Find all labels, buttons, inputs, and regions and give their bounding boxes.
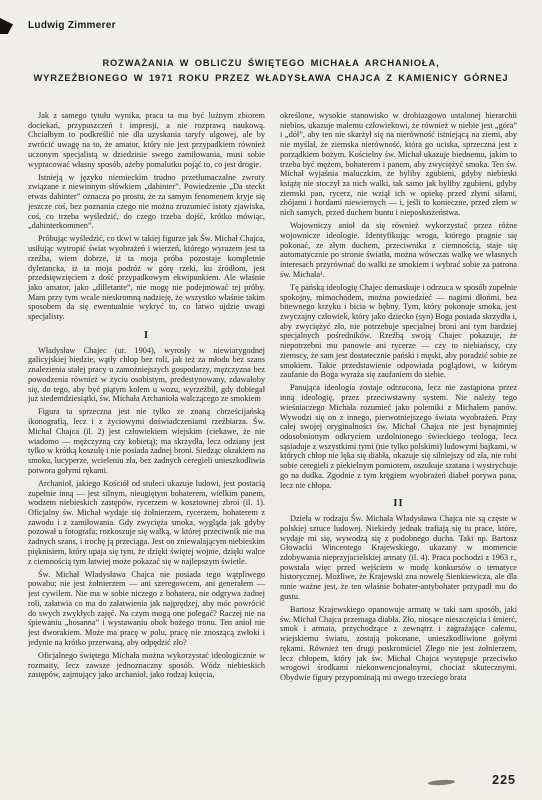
paragraph: Św. Michał Władysława Chajca nie posiada… (28, 570, 265, 648)
paragraph: Tę pańską ideologię Chajec demaskuje i o… (280, 283, 517, 380)
article-body: Jak z samego tytułu wynika, praca ta ma … (28, 111, 517, 779)
author-name: Ludwig Zimmerer (28, 20, 116, 31)
article-title-line2: WYRZEŹBIONEGO W 1971 ROKU PRZEZ WŁADYSŁA… (10, 71, 532, 86)
paragraph: określone, wysokie stanowisko w drobiazg… (280, 111, 517, 218)
scan-artifact-icon (0, 18, 13, 34)
scanned-article-page: Ludwig Zimmerer ROZWAŻANIA W OBLICZU ŚWI… (0, 0, 542, 800)
scan-smudge (428, 779, 455, 786)
paragraph: Oficjalnego świętego Michała można wykor… (28, 651, 265, 680)
paragraph: Istnieją w języku niemieckim trudno prze… (28, 173, 265, 231)
paragraph: Panująca ideologia zostaje odrzucona, le… (280, 383, 517, 490)
section-heading-2: II (280, 498, 517, 509)
article-title-line1: ROZWAŻANIA W OBLICZU ŚWIĘTEGO MICHAŁA AR… (10, 56, 532, 71)
paragraph: Wojowniczy anioł da się również wykorzys… (280, 221, 517, 279)
section-heading-1: I (28, 330, 265, 341)
paragraph: Władysław Chajec (ur. 1904), wyrosły w n… (28, 346, 265, 404)
paragraph: Jak z samego tytułu wynika, praca ta ma … (28, 111, 265, 169)
paragraph: Próbując wyśledzić, co tkwi w takiej fig… (28, 234, 265, 321)
paragraph: Bartosz Krajewskiego opanowuje armatę w … (280, 605, 517, 683)
page-number: 225 (492, 773, 516, 787)
paragraph: Figura ta sprzeczna jest nie tylko ze zn… (28, 407, 265, 475)
paragraph: Dzieła w rodzaju Św. Michała Władysława … (280, 514, 517, 601)
article-title: ROZWAŻANIA W OBLICZU ŚWIĘTEGO MICHAŁA AR… (10, 56, 532, 85)
left-column: Jak z samego tytułu wynika, praca ta ma … (28, 111, 265, 779)
paragraph: Archanioł, jakiego Kościół od stuleci uk… (28, 479, 265, 566)
right-column: określone, wysokie stanowisko w drobiazg… (280, 111, 517, 779)
